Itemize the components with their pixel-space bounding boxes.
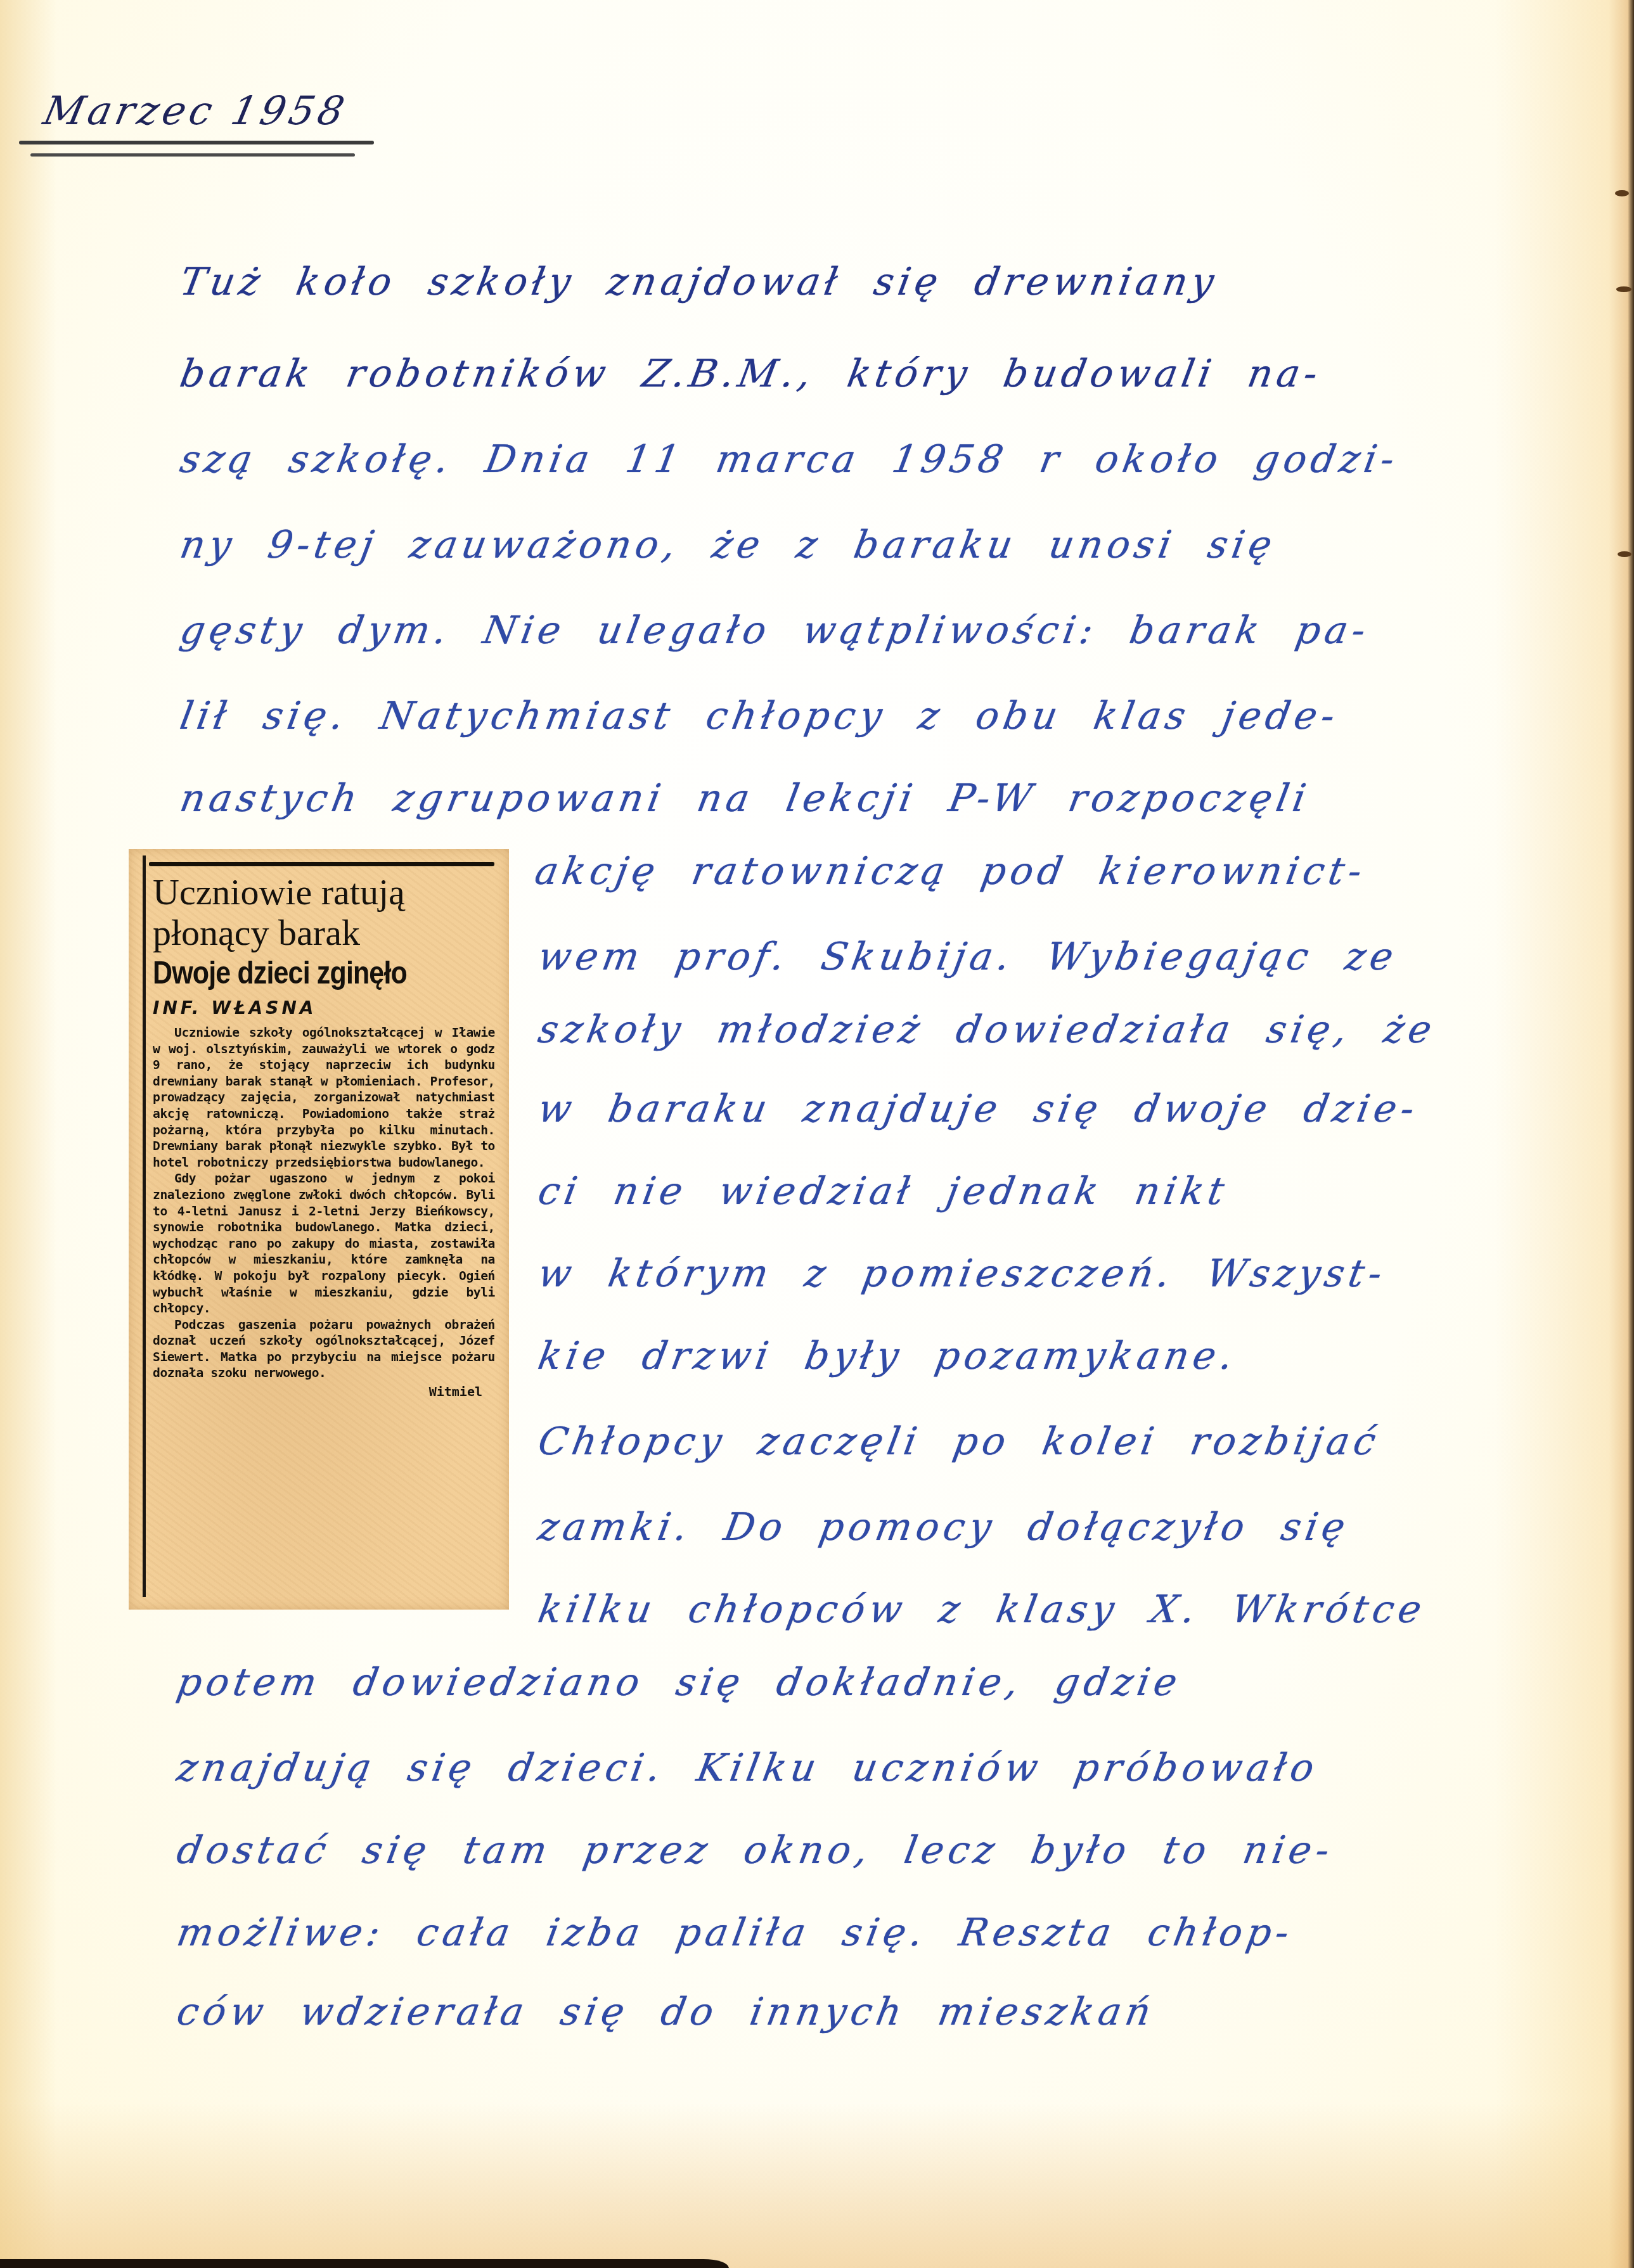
article-signature: Witmiel	[153, 1384, 495, 1399]
ink-stain	[1618, 551, 1631, 557]
clipping-article: Uczniowie szkoły ogólnokształcącej w Iła…	[153, 1025, 495, 1381]
title-underline	[19, 141, 374, 144]
newspaper-clipping: Uczniowie ratują płonący barak Dwoje dzi…	[129, 849, 509, 1610]
column-rule	[143, 855, 146, 1597]
clipping-content: Uczniowie ratują płonący barak Dwoje dzi…	[153, 868, 495, 1399]
handwritten-line: szą szkołę. Dnia 11 marca 1958 r około g…	[177, 437, 1402, 482]
handwritten-line: ci nie wiedział jednak nikt	[535, 1169, 1232, 1214]
handwritten-line: kilku chłopców z klasy X. Wkrótce	[535, 1587, 1429, 1632]
handwritten-line: nastych zgrupowani na lekcji P-W rozpocz…	[177, 776, 1314, 821]
ink-stain	[1616, 286, 1631, 292]
handwritten-line: ców wdzierała się do innych mieszkań	[174, 1990, 1159, 2034]
handwritten-line: lił się. Natychmiast chłopcy z obu klas …	[177, 694, 1342, 738]
handwritten-line: dostać się tam przez okno, lecz było to …	[174, 1828, 1337, 1873]
article-paragraph: Gdy pożar ugaszono w jednym z pokoi znal…	[153, 1170, 495, 1316]
ink-stain	[1615, 190, 1629, 196]
handwritten-line: potem dowiedziano się dokładnie, gdzie	[174, 1660, 1185, 1705]
title-underline	[30, 153, 355, 157]
handwritten-line: możliwe: cała izba paliła się. Reszta ch…	[174, 1911, 1297, 1955]
headline-rule	[149, 862, 494, 866]
page-title: Marzec 1958	[39, 87, 352, 134]
clipping-headline: Uczniowie ratują	[153, 872, 495, 913]
handwritten-line: Chłopcy zaczęli po kolei rozbijać	[535, 1419, 1384, 1464]
handwritten-line: kie drzwi były pozamykane.	[535, 1334, 1241, 1378]
handwritten-line: w którym z pomieszczeń. Wszyst-	[535, 1252, 1390, 1296]
clipping-subheadline: Dwoje dzieci zginęło	[153, 953, 447, 992]
clipping-byline: INF. WŁASNA	[153, 997, 495, 1018]
handwritten-line: ny 9-tej zauważono, że z baraku unosi si…	[177, 523, 1280, 567]
scanned-notebook-page: Marzec 1958 Tuż koło szkoły znajdował si…	[0, 0, 1634, 2268]
handwritten-line: w baraku znajduje się dwoje dzie-	[535, 1087, 1422, 1131]
clipping-headline: płonący barak	[153, 913, 495, 953]
page-bottom-edge	[0, 2259, 729, 2268]
handwritten-line: akcję ratowniczą pod kierownict-	[532, 849, 1370, 894]
handwritten-line: szkoły młodzież dowiedziała się, że	[535, 1008, 1439, 1052]
handwritten-line: zamki. Do pomocy dołączyło się	[535, 1505, 1353, 1549]
handwritten-line: wem prof. Skubija. Wybiegając ze	[535, 935, 1401, 979]
page-edge-shadow	[1628, 0, 1634, 2268]
handwritten-line: gęsty dym. Nie ulegało wątpliwości: bara…	[177, 608, 1373, 653]
article-paragraph: Uczniowie szkoły ogólnokształcącej w Iła…	[153, 1025, 495, 1170]
handwritten-line: Tuż koło szkoły znajdował się drewniany	[177, 260, 1222, 304]
handwritten-line: znajdują się dzieci. Kilku uczniów próbo…	[174, 1746, 1322, 1790]
handwritten-line: barak robotników Z.B.M., który budowali …	[177, 352, 1325, 396]
article-paragraph: Podczas gaszenia pożaru poważnych obraże…	[153, 1317, 495, 1381]
